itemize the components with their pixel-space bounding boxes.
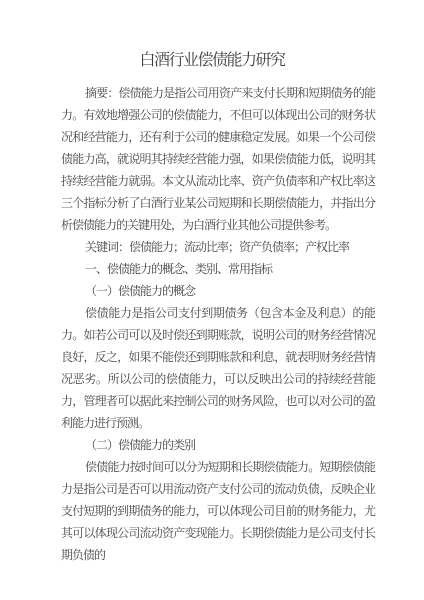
document-body: 摘要：偿债能力是指公司用资产来支付长期和短期债务的能力。有效地增强公司的偿债能力… xyxy=(61,82,375,566)
abstract-paragraph: 摘要：偿债能力是指公司用资产来支付长期和短期债务的能力。有效地增强公司的偿债能力… xyxy=(61,82,375,236)
subsection-heading-1-1: （一）偿债能力的概念 xyxy=(61,280,375,302)
subsection-heading-1-2: （二）偿债能力的类别 xyxy=(61,434,375,456)
paragraph-category: 偿债能力按时间可以分为短期和长期偿债能力。短期偿债能力是指公司是否可以用流动资产… xyxy=(61,456,375,566)
section-heading-1: 一、偿债能力的概念、类别、常用指标 xyxy=(61,258,375,280)
keywords-line: 关键词：偿债能力；流动比率；资产负债率；产权比率 xyxy=(61,236,375,258)
paragraph-concept: 偿债能力是指公司支付到期债务（包含本金及利息）的能力。如若公司可以及时偿还到期账… xyxy=(61,302,375,434)
document-title: 白酒行业偿债能力研究 xyxy=(0,0,424,75)
document-page: 白酒行业偿债能力研究 摘要：偿债能力是指公司用资产来支付长期和短期债务的能力。有… xyxy=(0,0,424,600)
